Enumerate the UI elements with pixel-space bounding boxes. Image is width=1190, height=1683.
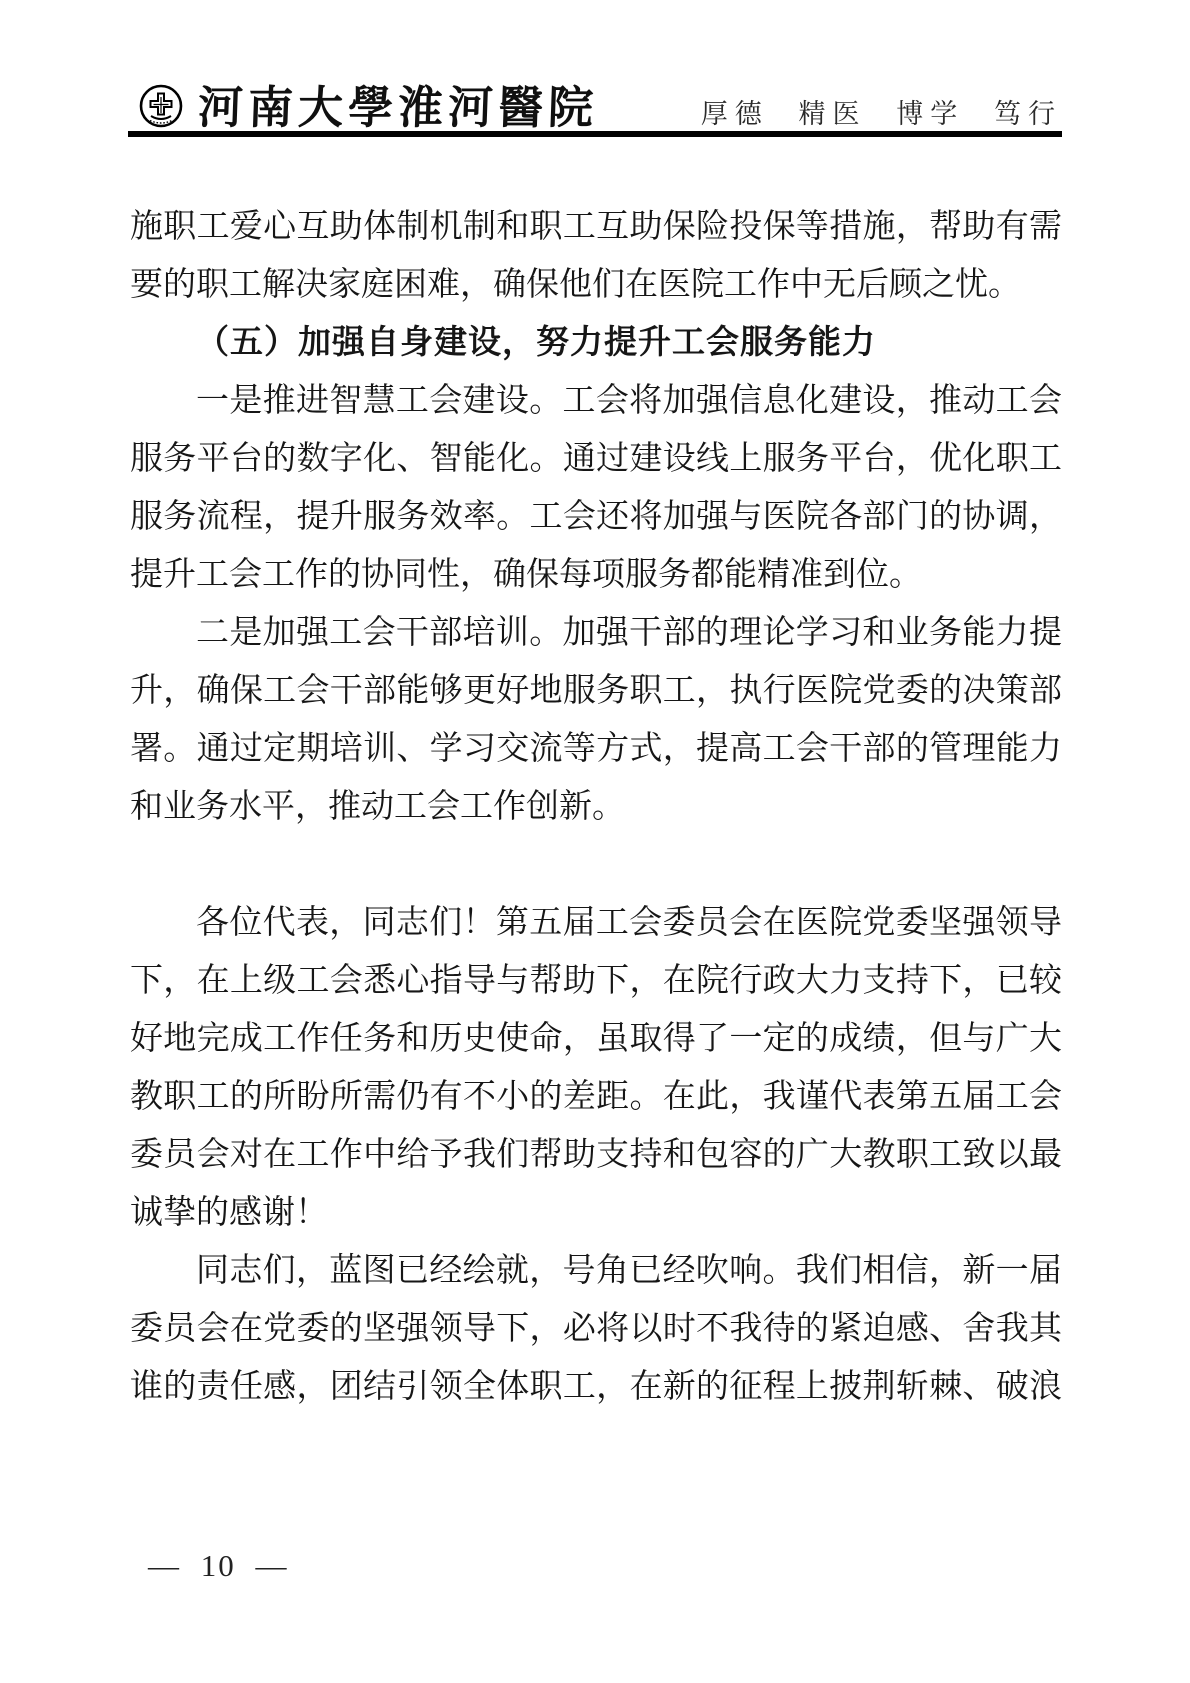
paragraph-smart-union: 一是推进智慧工会建设。工会将加强信息化建设，推动工会服务平台的数字化、智能化。通… bbox=[130, 372, 1062, 604]
page-header: 河南大學淮河醫院 厚德 精医 博学 笃行 bbox=[138, 74, 1062, 132]
document-body: 施职工爱心互助体制机制和职工互助保险投保等措施，帮助有需要的职工解决家庭困难，确… bbox=[130, 198, 1062, 1416]
paragraph-closing: 同志们，蓝图已经绘就，号角已经吹响。我们相信，新一届委员会在党委的坚强领导下，必… bbox=[130, 1242, 1062, 1416]
paragraph-continuation: 施职工爱心互助体制机制和职工互助保险投保等措施，帮助有需要的职工解决家庭困难，确… bbox=[130, 198, 1062, 314]
section-heading: （五）加强自身建设，努力提升工会服务能力 bbox=[130, 314, 1062, 372]
page-number: — 10 — bbox=[148, 1548, 289, 1583]
hospital-brand: 河南大學淮河醫院 bbox=[138, 84, 598, 132]
blank-line bbox=[130, 836, 1062, 894]
header-divider bbox=[128, 131, 1062, 137]
hospital-emblem-icon bbox=[138, 84, 184, 130]
paragraph-cadre-training: 二是加强工会干部培训。加强干部的理论学习和业务能力提升，确保工会干部能够更好地服… bbox=[130, 604, 1062, 836]
hospital-name: 河南大學淮河醫院 bbox=[197, 86, 599, 131]
hospital-motto: 厚德 精医 博学 笃行 bbox=[701, 101, 1062, 132]
document-page: 河南大學淮河醫院 厚德 精医 博学 笃行 施职工爱心互助体制机制和职工互助保险投… bbox=[0, 0, 1190, 1683]
page-footer: — 10 — bbox=[148, 1548, 289, 1584]
paragraph-address: 各位代表，同志们！第五届工会委员会在医院党委坚强领导下，在上级工会悉心指导与帮助… bbox=[130, 894, 1062, 1242]
